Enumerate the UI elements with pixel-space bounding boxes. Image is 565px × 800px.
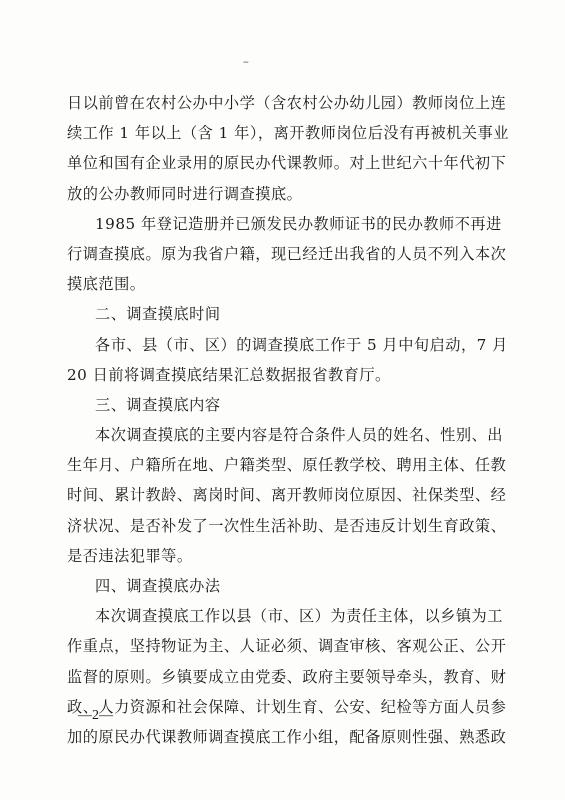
text-line: 放的公办教师同时进行调查摸底。 xyxy=(67,179,452,209)
text-line: 本次调查摸底工作以县（市、区）为责任主体，以乡镇为工 xyxy=(67,601,452,631)
header-mark: -- xyxy=(243,57,248,68)
section-heading-time: 二、调查摸底时间 xyxy=(67,299,452,329)
text-line: 本次调查摸底的主要内容是符合条件人员的姓名、性别、出 xyxy=(67,420,452,450)
text-line: 20 日前将调查摸底结果汇总数据报省教育厅。 xyxy=(67,360,452,390)
text-line: 各市、县（市、区）的调查摸底工作于 5 月中旬启动，7 月 xyxy=(67,330,452,360)
text-line: 续工作 1 年以上（含 1 年），离开教师岗位后没有再被机关事业 xyxy=(67,118,452,148)
text-line: 是否违法犯罪等。 xyxy=(67,541,452,571)
text-line: 加的原民办代课教师调查摸底工作小组，配备原则性强、熟悉政 xyxy=(67,722,452,752)
section-heading-content: 三、调查摸底内容 xyxy=(67,390,452,420)
text-line: 1985 年登记造册并已颁发民办教师证书的民办教师不再进 xyxy=(67,209,452,239)
text-line: 单位和国有企业录用的原民办代课教师。对上世纪六十年代初下 xyxy=(67,148,452,178)
text-line: 生年月、户籍所在地、户籍类型、原任教学校、聘用主体、任教 xyxy=(67,450,452,480)
page-number: —2— xyxy=(78,708,113,724)
text-line: 摸底范围。 xyxy=(67,269,452,299)
text-line: 济状况、是否补发了一次性生活补助、是否违反计划生育政策、 xyxy=(67,511,452,541)
document-body: 日以前曾在农村公办中小学（含农村公办幼儿园）教师岗位上连 续工作 1 年以上（含… xyxy=(67,88,452,752)
text-line: 行调查摸底。原为我省户籍，现已经迁出我省的人员不列入本次 xyxy=(67,239,452,269)
text-line: 日以前曾在农村公办中小学（含农村公办幼儿园）教师岗位上连 xyxy=(67,88,452,118)
text-line: 政、人力资源和社会保障、计划生育、公安、纪检等方面人员参 xyxy=(67,692,452,722)
text-line: 时间、累计教龄、离岗时间、离开教师岗位原因、社保类型、经 xyxy=(67,480,452,510)
section-heading-method: 四、调查摸底办法 xyxy=(67,571,452,601)
text-line: 监督的原则。乡镇要成立由党委、政府主要领导牵头，教育、财 xyxy=(67,662,452,692)
text-line: 作重点，坚持物证为主、人证必须、调查审核、客观公正、公开 xyxy=(67,631,452,661)
